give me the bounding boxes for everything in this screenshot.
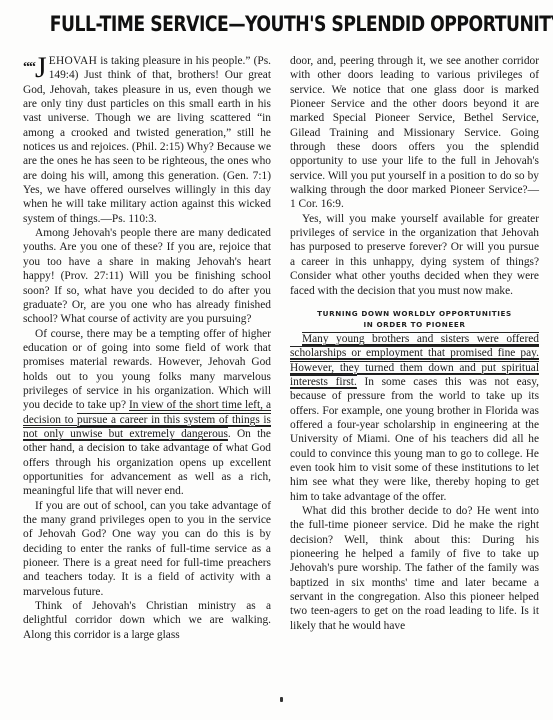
- subheading-line-2: IN ORDER TO PIONEER: [290, 319, 539, 330]
- opening-quote-mark: ““: [23, 60, 35, 75]
- subheading-line-1: TURNING DOWN WORLDLY OPPORTUNITIES: [290, 308, 539, 319]
- document-page: FULL-TIME SERVICE—YOUTH'S SPLENDID OPPOR…: [0, 0, 553, 720]
- section-subheading: TURNING DOWN WORLDLY OPPORTUNITIES IN OR…: [290, 308, 539, 330]
- drop-cap-letter: J: [35, 51, 47, 84]
- paragraph-5: Think of Jehovah's Christian ministry as…: [23, 599, 271, 642]
- paragraph-7: Yes, will you make yourself available fo…: [290, 212, 539, 298]
- paragraph-6: door, and, peering through it, we see an…: [290, 54, 539, 212]
- paragraph-8: Many young brothers and sisters were off…: [290, 332, 539, 504]
- article-title: FULL-TIME SERVICE—YOUTH'S SPLENDID OPPOR…: [50, 10, 503, 38]
- lead-word: EHOVAH: [49, 55, 97, 67]
- drop-cap: ““J: [23, 55, 47, 81]
- paragraph-2: Among Jehovah's people there are many de…: [23, 226, 271, 326]
- right-column: door, and, peering through it, we see an…: [290, 54, 539, 633]
- paragraph-4: If you are out of school, can you take a…: [23, 499, 271, 599]
- paragraph-1: ““JEHOVAH is taking pleasure in his peop…: [23, 54, 271, 226]
- paragraph-1-text: is taking pleasure in his people.” (Ps. …: [23, 55, 271, 225]
- page-marker-dot: [280, 697, 283, 702]
- paragraph-9: What did this brother decide to do? He w…: [290, 504, 539, 633]
- paragraph-8-text-after: In some cases this was not easy, because…: [290, 376, 539, 503]
- paragraph-3: Of course, there may be a tempting offer…: [23, 327, 271, 499]
- left-column: ““JEHOVAH is taking pleasure in his peop…: [23, 54, 271, 642]
